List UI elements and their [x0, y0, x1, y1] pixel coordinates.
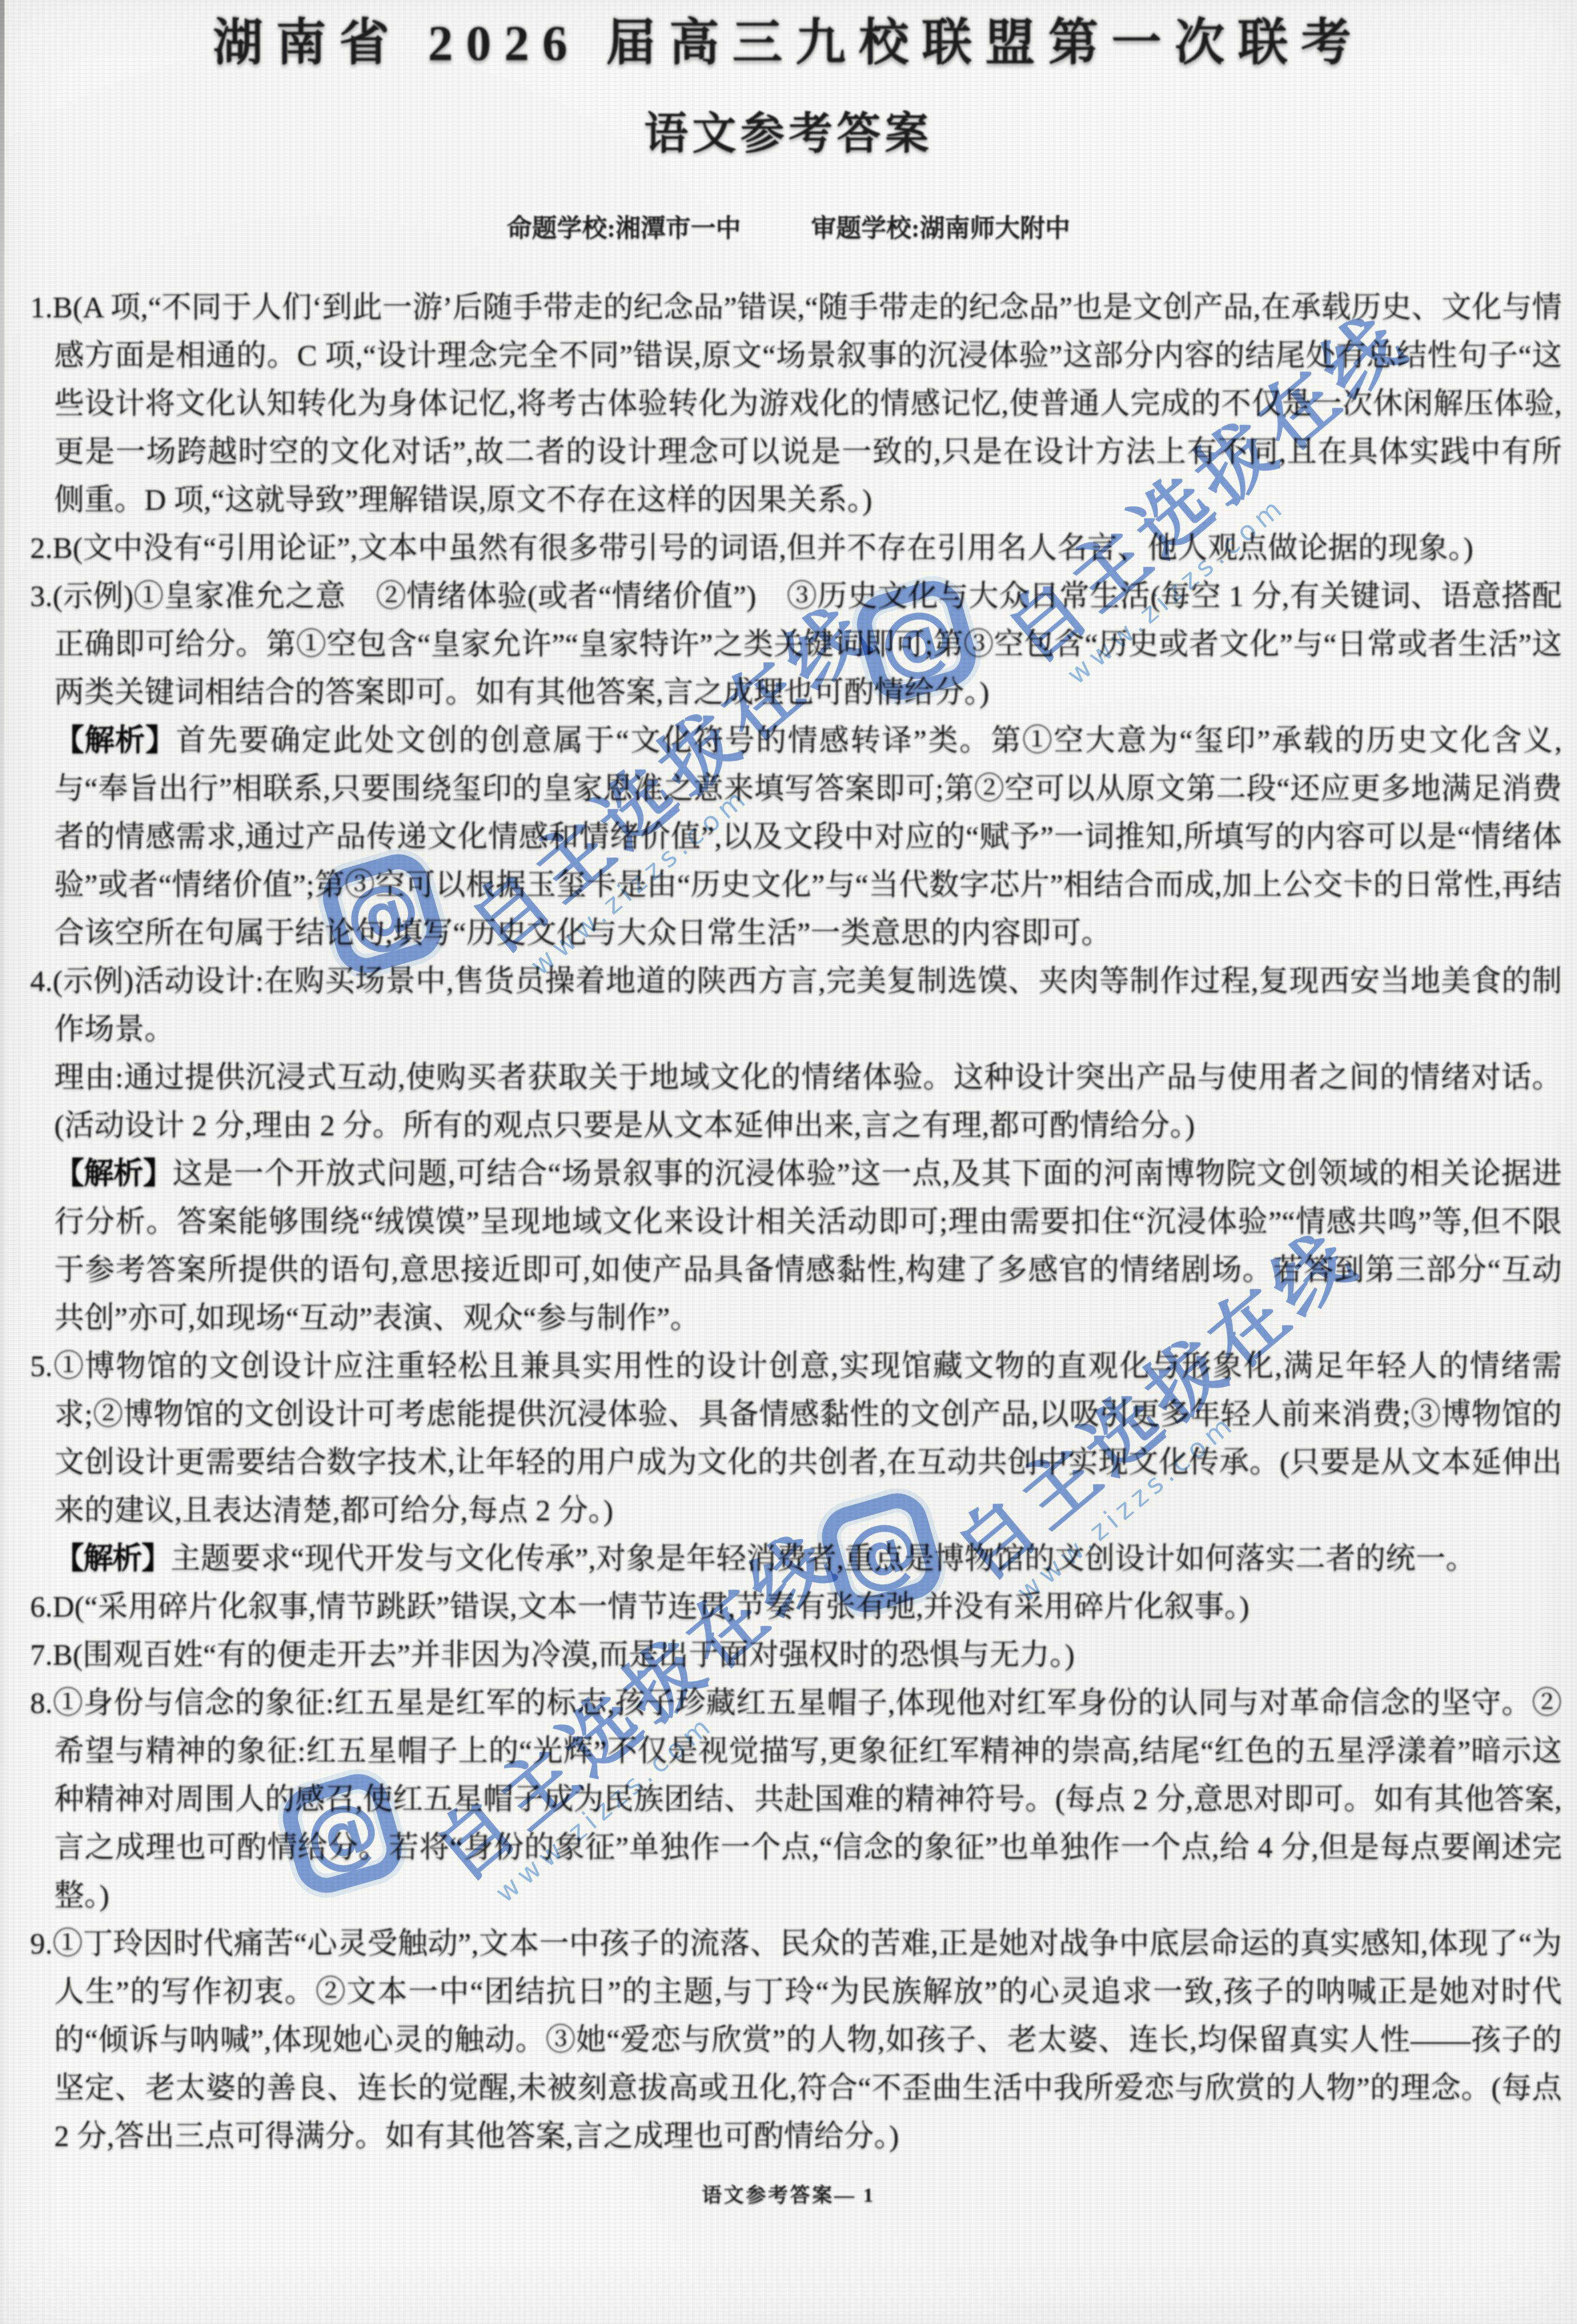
analysis-label: 【解析】	[54, 1541, 170, 1576]
proposer-school: 命题学校:湘潭市一中	[507, 214, 741, 242]
answer-3-answer-paragraph: 3.(示例)①皇家准允之意 ②情绪体验(或者“情绪价值”) ③历史文化与大众日常…	[54, 572, 1562, 716]
answer-3-analysis-paragraph: 【解析】首先要确定此处文创的创意属于“文化符号的情感转译”类。第①空大意为“玺印…	[54, 716, 1562, 957]
answer-6-answer-paragraph: 6.D(“采用碎片化叙事,情节跳跃”错误,文本一情节连贯,节奏有张有弛,并没有采…	[54, 1583, 1562, 1631]
answer-4-detail-paragraph: 理由:通过提供沉浸式互动,使购买者获取关于地域文化的情绪体验。这种设计突出产品与…	[54, 1053, 1562, 1149]
analysis-label: 【解析】	[54, 1156, 172, 1191]
scan-text-layer: 湖南省 2026 届高三九校联盟第一次联考 语文参考答案 命题学校:湘潭市一中审…	[0, 0, 1577, 2324]
answer-5-answer-paragraph: 5.①博物馆的文创设计应注重轻松且兼具实用性的设计创意,实现馆藏文物的直观化与形…	[54, 1342, 1562, 1534]
exam-subtitle: 语文参考答案	[0, 112, 1577, 156]
answer-1-answer-paragraph: 1.B(A 项,“不同于人们‘到此一游’后随手带走的纪念品”错误,“随手带走的纪…	[54, 283, 1562, 524]
exam-title: 湖南省 2026 届高三九校联盟第一次联考	[0, 18, 1577, 68]
answer-8-answer-paragraph: 8.①身份与信念的象征:红五星是红军的标志,孩子珍藏红五星帽子,体现他对红军身份…	[54, 1679, 1562, 1919]
answers-list: 1.B(A 项,“不同于人们‘到此一游’后随手带走的纪念品”错误,“随手带走的纪…	[15, 283, 1562, 2160]
page-footer: 语文参考答案— 1	[0, 2185, 1577, 2205]
analysis-label: 【解析】	[54, 723, 176, 758]
answer-2-answer-paragraph: 2.B(文中没有“引用论证”,文本中虽然有很多带引号的词语,但并不存在引用名人名…	[54, 524, 1562, 572]
answer-5-analysis-paragraph: 【解析】主题要求“现代开发与文化传承”,对象是年轻消费者,重点是博物馆的文创设计…	[54, 1534, 1562, 1583]
answer-4-answer-paragraph: 4.(示例)活动设计:在购买场景中,售货员操着地道的陕西方言,完美复制选馍、夹肉…	[54, 957, 1562, 1053]
answer-4-analysis-paragraph: 【解析】这是一个开放式问题,可结合“场景叙事的沉浸体验”这一点,及其下面的河南博…	[54, 1149, 1562, 1342]
schools-line: 命题学校:湘潭市一中审题学校:湖南师大附中	[0, 216, 1577, 241]
answer-7-answer-paragraph: 7.B(围观百姓“有的便走开去”并非因为冷漠,而是出于面对强权时的恐惧与无力。)	[54, 1631, 1562, 1679]
answer-9-answer-paragraph: 9.①丁玲因时代痛苦“心灵受触动”,文本一中孩子的流落、民众的苦难,正是她对战争…	[54, 1919, 1562, 2160]
reviewer-school: 审题学校:湖南师大附中	[811, 214, 1071, 242]
scanned-answer-sheet: 湖南省 2026 届高三九校联盟第一次联考 语文参考答案 命题学校:湘潭市一中审…	[0, 0, 1577, 2324]
